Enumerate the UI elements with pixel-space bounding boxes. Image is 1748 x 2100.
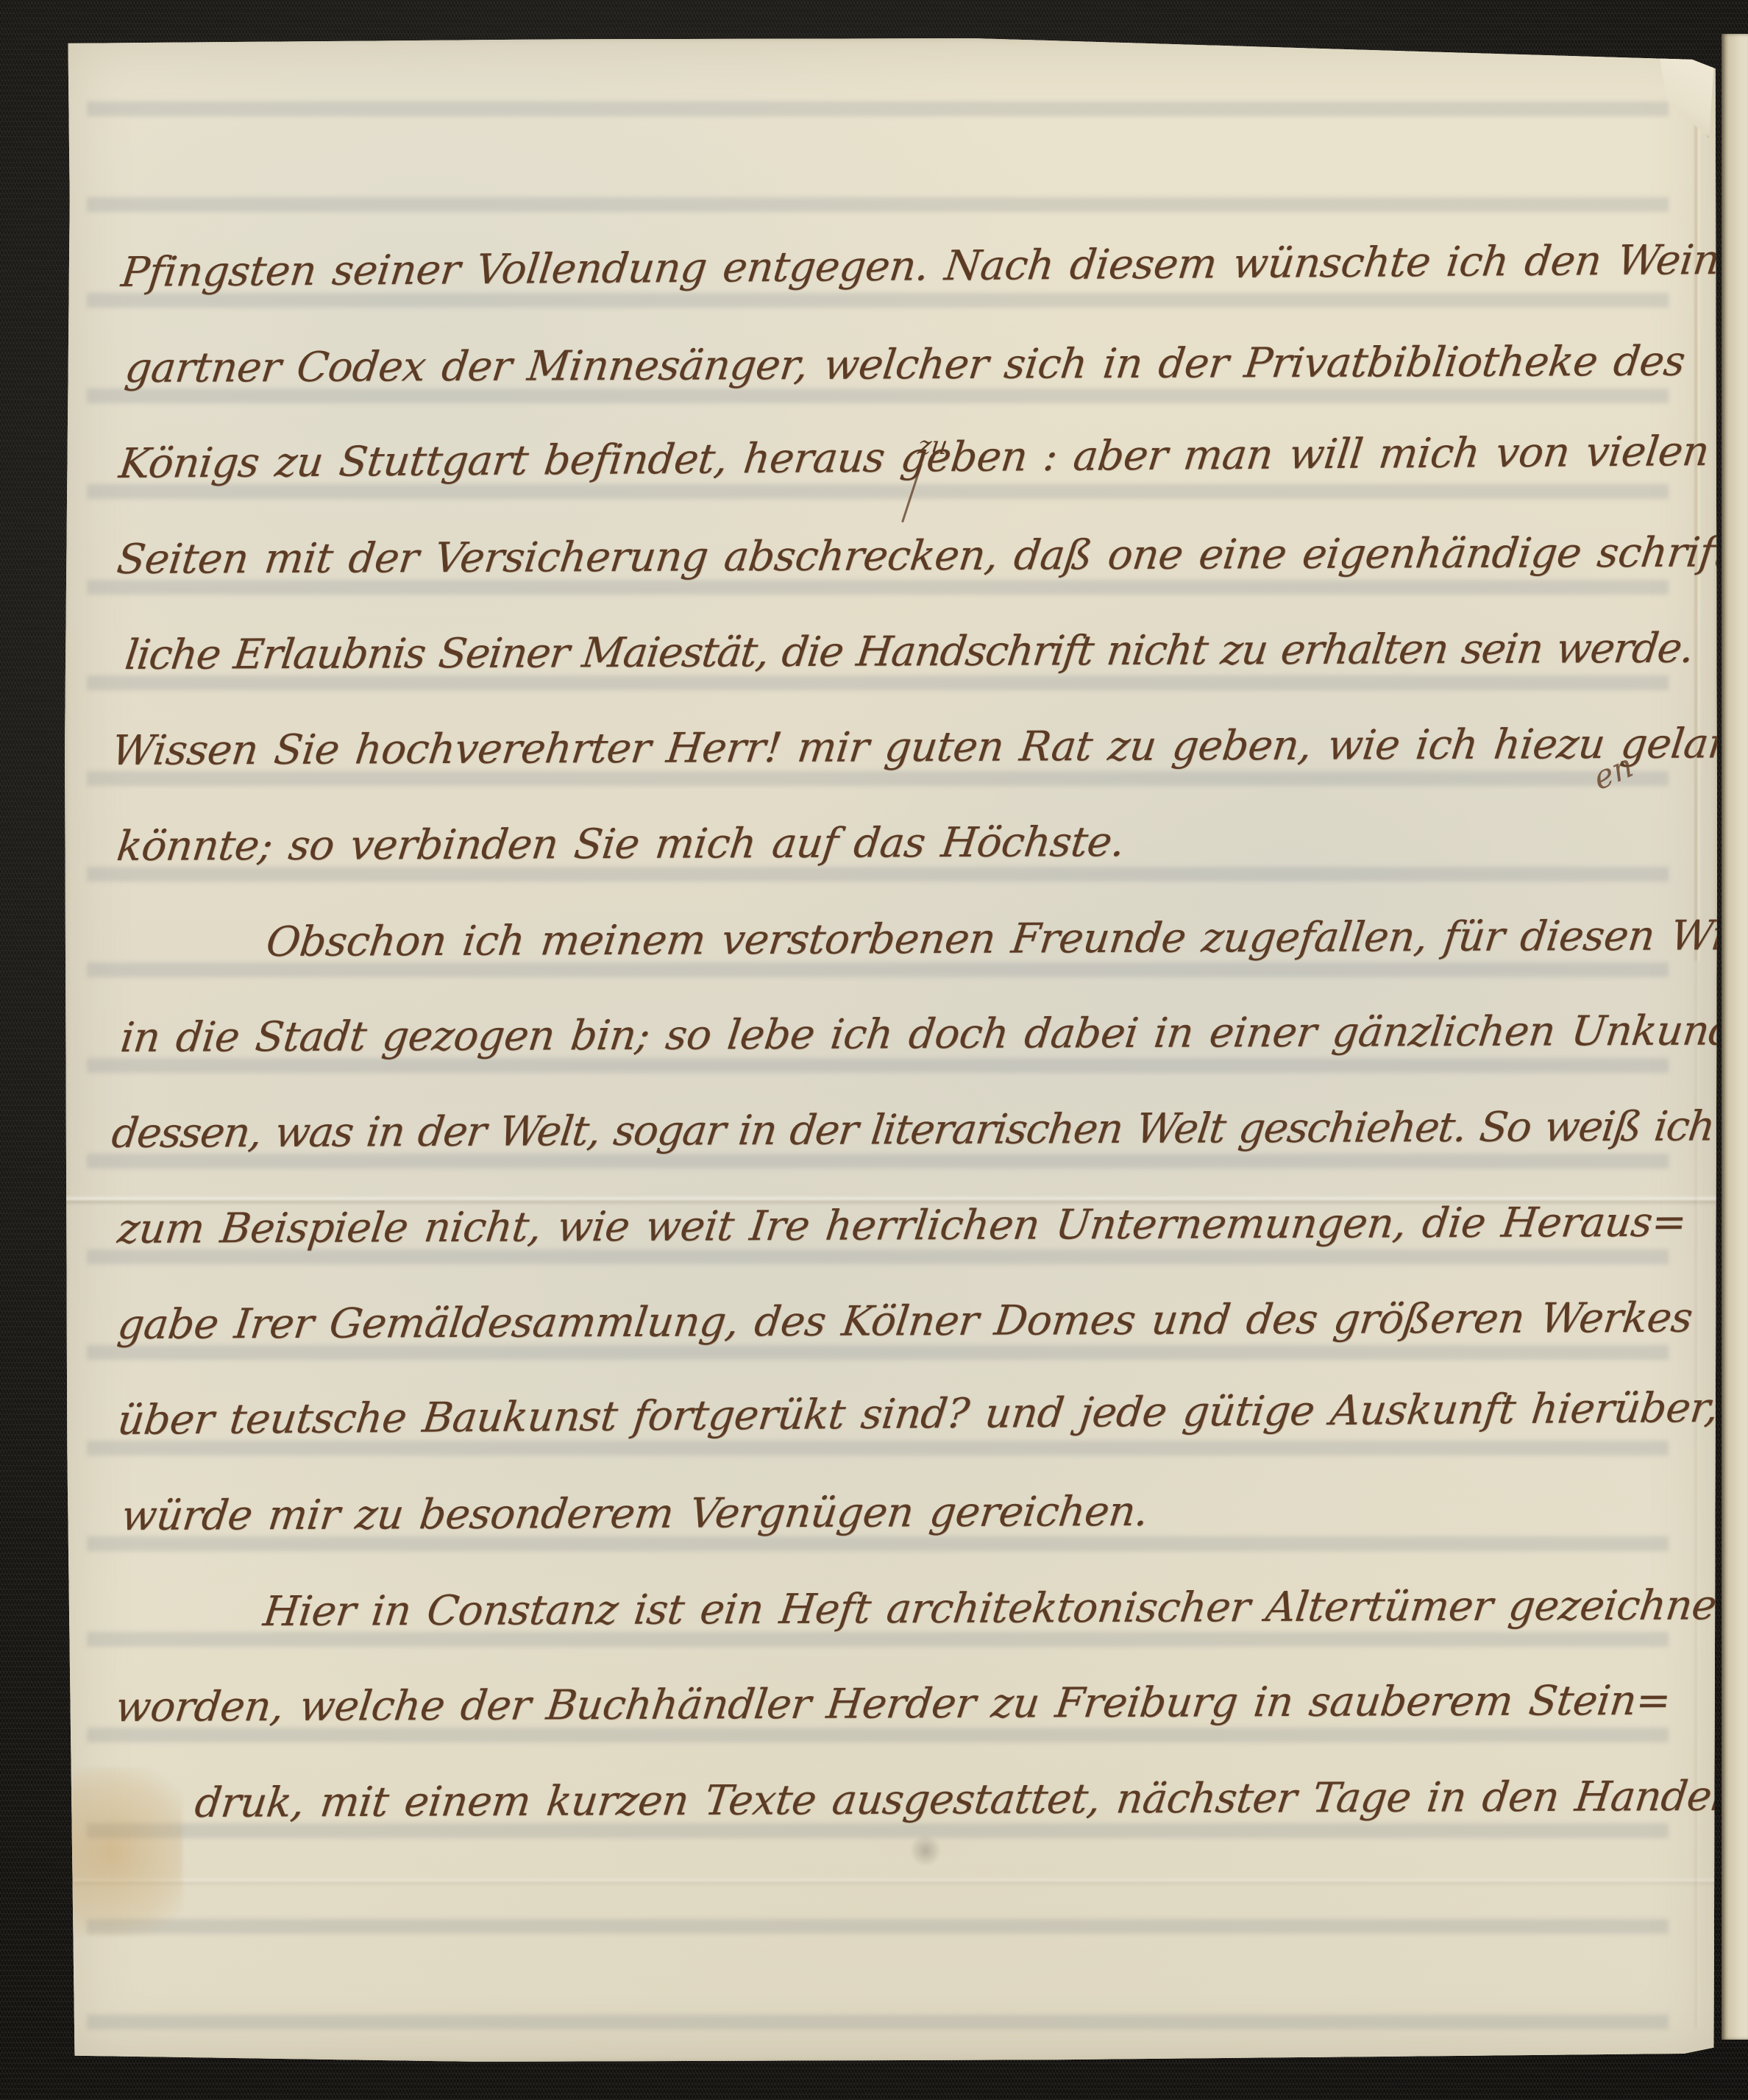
handwritten-line: Hier in Constanz ist ein Heft architekto… xyxy=(260,1581,1735,1636)
second-page-edge xyxy=(1722,34,1748,2040)
handwritten-line: könnte; so verbinden Sie mich auf das Hö… xyxy=(114,818,1126,870)
handwritten-line: worden, welche der Buchhändler Herder zu… xyxy=(113,1677,1673,1731)
handwritten-line: druk, mit einem kurzen Texte ausgestatte… xyxy=(192,1773,1727,1827)
handwritten-line: Obschon ich meinem verstorbenen Freunde … xyxy=(263,912,1748,966)
handwritten-line: gabe Irer Gemäldesammlung, des Kölner Do… xyxy=(115,1294,1694,1349)
handwritten-line: Seiten mit der Versicherung abschrecken,… xyxy=(114,528,1748,583)
scan-background: { "scan": { "background_color": "#14120f… xyxy=(0,0,1748,2100)
handwritten-line: in die Stadt gezogen bin; so lebe ich do… xyxy=(118,1007,1748,1062)
handwritten-line: dessen, was in der Welt, sogar in der li… xyxy=(109,1103,1716,1157)
bottom-edge-mark xyxy=(608,2084,628,2099)
vertical-fold-crease xyxy=(1694,63,1701,961)
ink-stain xyxy=(13,1767,182,1937)
smudge-mark xyxy=(911,1834,940,1867)
interline-insertion: zu xyxy=(916,431,949,461)
handwritten-line: zum Beispiele nicht, wie weit Ire herrli… xyxy=(115,1199,1688,1253)
handwritten-line: liche Erlaubnis Seiner Maiestät, die Han… xyxy=(122,625,1695,679)
letter-page: Pfingsten seiner Vollendung entgegen. Na… xyxy=(65,38,1717,2062)
handwritten-line: Wissen Sie hochverehrter Herr! mir guten… xyxy=(109,720,1748,775)
handwritten-line: gartner Codex der Minnesänger, welcher s… xyxy=(122,338,1687,392)
horizontal-fold-crease-faint xyxy=(65,1876,1717,1887)
handwritten-line: würde mir zu besonderem Vergnügen gereic… xyxy=(118,1488,1151,1540)
